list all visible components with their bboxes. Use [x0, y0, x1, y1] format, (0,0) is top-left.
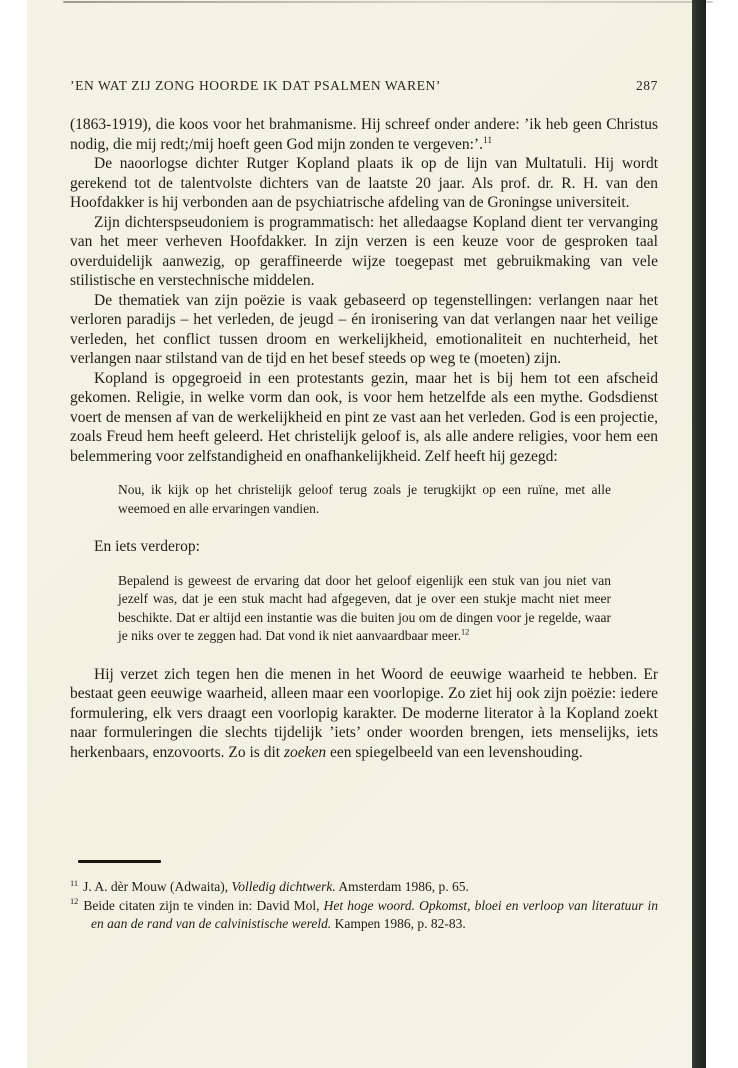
footnote-reference: 12 [461, 628, 469, 637]
text-run: een spiegelbeeld van een levenshouding. [326, 744, 583, 761]
footnote: 11J. A. dèr Mouw (Adwaita), Volledig dic… [70, 878, 658, 897]
page-content: ’EN WAT ZIJ ZONG HOORDE IK DAT PSALMEN W… [70, 78, 658, 762]
scan-top-edge-line [63, 1, 713, 3]
paragraph: (1863-1919), die koos voor het brahmanis… [70, 115, 658, 154]
text-run: Kampen 1986, p. 82-83. [331, 916, 466, 931]
text-run: Amsterdam 1986, p. 65. [336, 879, 469, 894]
footnote-marker: 12 [70, 897, 78, 906]
footnote-reference: 11 [483, 134, 492, 145]
paragraph: De naoorlogse dichter Rutger Kopland pla… [70, 154, 658, 213]
running-header: ’EN WAT ZIJ ZONG HOORDE IK DAT PSALMEN W… [70, 78, 658, 94]
text-run: De thematiek van zijn poëzie is vaak geb… [70, 292, 658, 368]
text-run: (1863-1919), die koos voor het brahmanis… [70, 116, 658, 153]
text-run: Beide citaten zijn te vinden in: David M… [83, 898, 323, 913]
text-run: Zijn dichterspseudoniem is programmatisc… [70, 214, 658, 290]
footnote-rule [78, 860, 161, 863]
paragraph: Hij verzet zich tegen hen die menen in h… [70, 665, 658, 763]
italic-text: zoeken [284, 744, 326, 761]
book-spine-band [692, 0, 706, 1068]
text-run: En iets verderop: [94, 538, 200, 555]
page-number: 287 [636, 78, 658, 94]
footnote: 12Beide citaten zijn te vinden in: David… [70, 897, 658, 934]
text-run: Bepalend is geweest de ervaring dat door… [118, 573, 611, 644]
text-run: Kopland is opgegroeid in een protestants… [70, 370, 658, 465]
scanned-book-page: ’EN WAT ZIJ ZONG HOORDE IK DAT PSALMEN W… [0, 0, 738, 1068]
running-header-title: ’EN WAT ZIJ ZONG HOORDE IK DAT PSALMEN W… [70, 78, 441, 94]
paragraph: Zijn dichterspseudoniem is programmatisc… [70, 213, 658, 291]
paragraph: De thematiek van zijn poëzie is vaak geb… [70, 291, 658, 369]
footnote-list: 11J. A. dèr Mouw (Adwaita), Volledig dic… [70, 878, 658, 934]
page-body: (1863-1919), die koos voor het brahmanis… [70, 115, 658, 762]
text-run: J. A. dèr Mouw (Adwaita), [83, 879, 231, 894]
footnote-marker: 11 [70, 879, 78, 888]
italic-text: Volledig dichtwerk. [232, 879, 336, 894]
paragraph: En iets verderop: [70, 537, 658, 557]
footnote-section: 11J. A. dèr Mouw (Adwaita), Volledig dic… [70, 860, 658, 934]
block-quote: Bepalend is geweest de ervaring dat door… [118, 572, 611, 646]
text-run: Nou, ik kijk op het christelijk geloof t… [118, 482, 611, 516]
block-quote: Nou, ik kijk op het christelijk geloof t… [118, 481, 611, 518]
paragraph: Kopland is opgegroeid in een protestants… [70, 369, 658, 467]
text-run: De naoorlogse dichter Rutger Kopland pla… [70, 155, 658, 211]
